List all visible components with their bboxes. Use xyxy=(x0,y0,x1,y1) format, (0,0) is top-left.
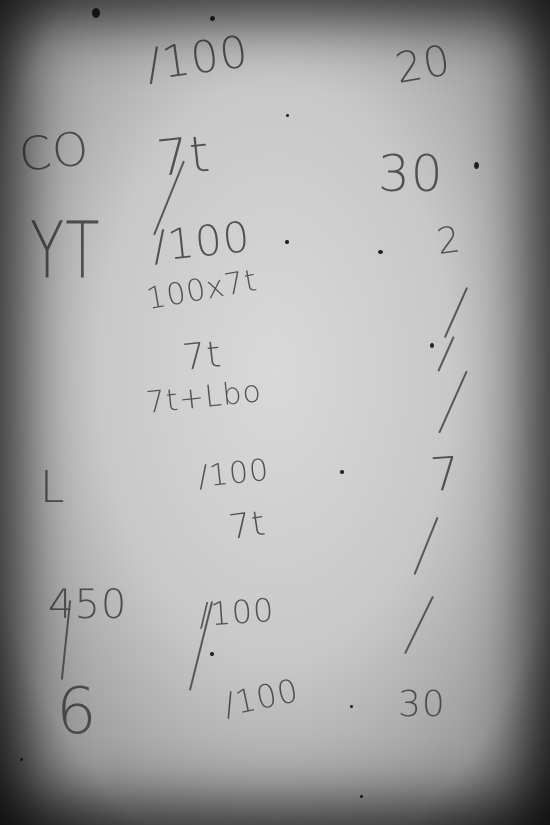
entry-7-row4: 7 xyxy=(428,446,462,502)
label-co: CO xyxy=(16,121,92,182)
entry-20: 20 xyxy=(391,35,454,93)
entry-100-row6: /100 xyxy=(220,671,302,724)
entry-7t-row3: 7t xyxy=(181,334,224,379)
entry-100x7t: 100x7t xyxy=(144,263,260,317)
paper-speck xyxy=(20,758,23,761)
tally-mark xyxy=(413,517,438,575)
tally-mark xyxy=(438,371,467,434)
tally-mark xyxy=(444,287,468,338)
paper-speck xyxy=(474,162,479,169)
entry-7t-lbo: 7t+Lbo xyxy=(144,374,263,421)
entry-30-row2: 30 xyxy=(378,145,444,203)
entry-2-row3: 2 xyxy=(434,219,463,263)
tally-mark xyxy=(437,336,454,372)
label-6: 6 xyxy=(56,675,98,749)
paper-speck xyxy=(350,705,353,708)
entry-100-row1: /100 xyxy=(143,26,252,91)
label-450: 450 xyxy=(48,582,127,628)
paper-sheet: CO YT L 450 6 /100 7t /100 100x7t 7t 7t+… xyxy=(0,0,550,825)
entry-7t-row4: 7t xyxy=(226,503,268,548)
paper-speck xyxy=(286,114,289,117)
paper-speck xyxy=(210,16,215,21)
tally-mark xyxy=(404,596,434,654)
paper-speck xyxy=(378,250,383,254)
paper-speck xyxy=(340,470,344,474)
entry-100-row4: /100 xyxy=(196,453,271,495)
paper-speck xyxy=(210,652,214,656)
paper-speck xyxy=(285,240,289,244)
label-yt: YT xyxy=(30,206,100,297)
entry-100-row3: /100 xyxy=(150,212,253,271)
entry-7t-row2: 7t xyxy=(154,125,213,188)
paper-speck xyxy=(360,795,363,798)
entry-30-row6: 30 xyxy=(398,684,446,725)
label-l: L xyxy=(40,462,66,513)
paper-speck xyxy=(430,343,434,348)
paper-speck xyxy=(92,8,100,18)
